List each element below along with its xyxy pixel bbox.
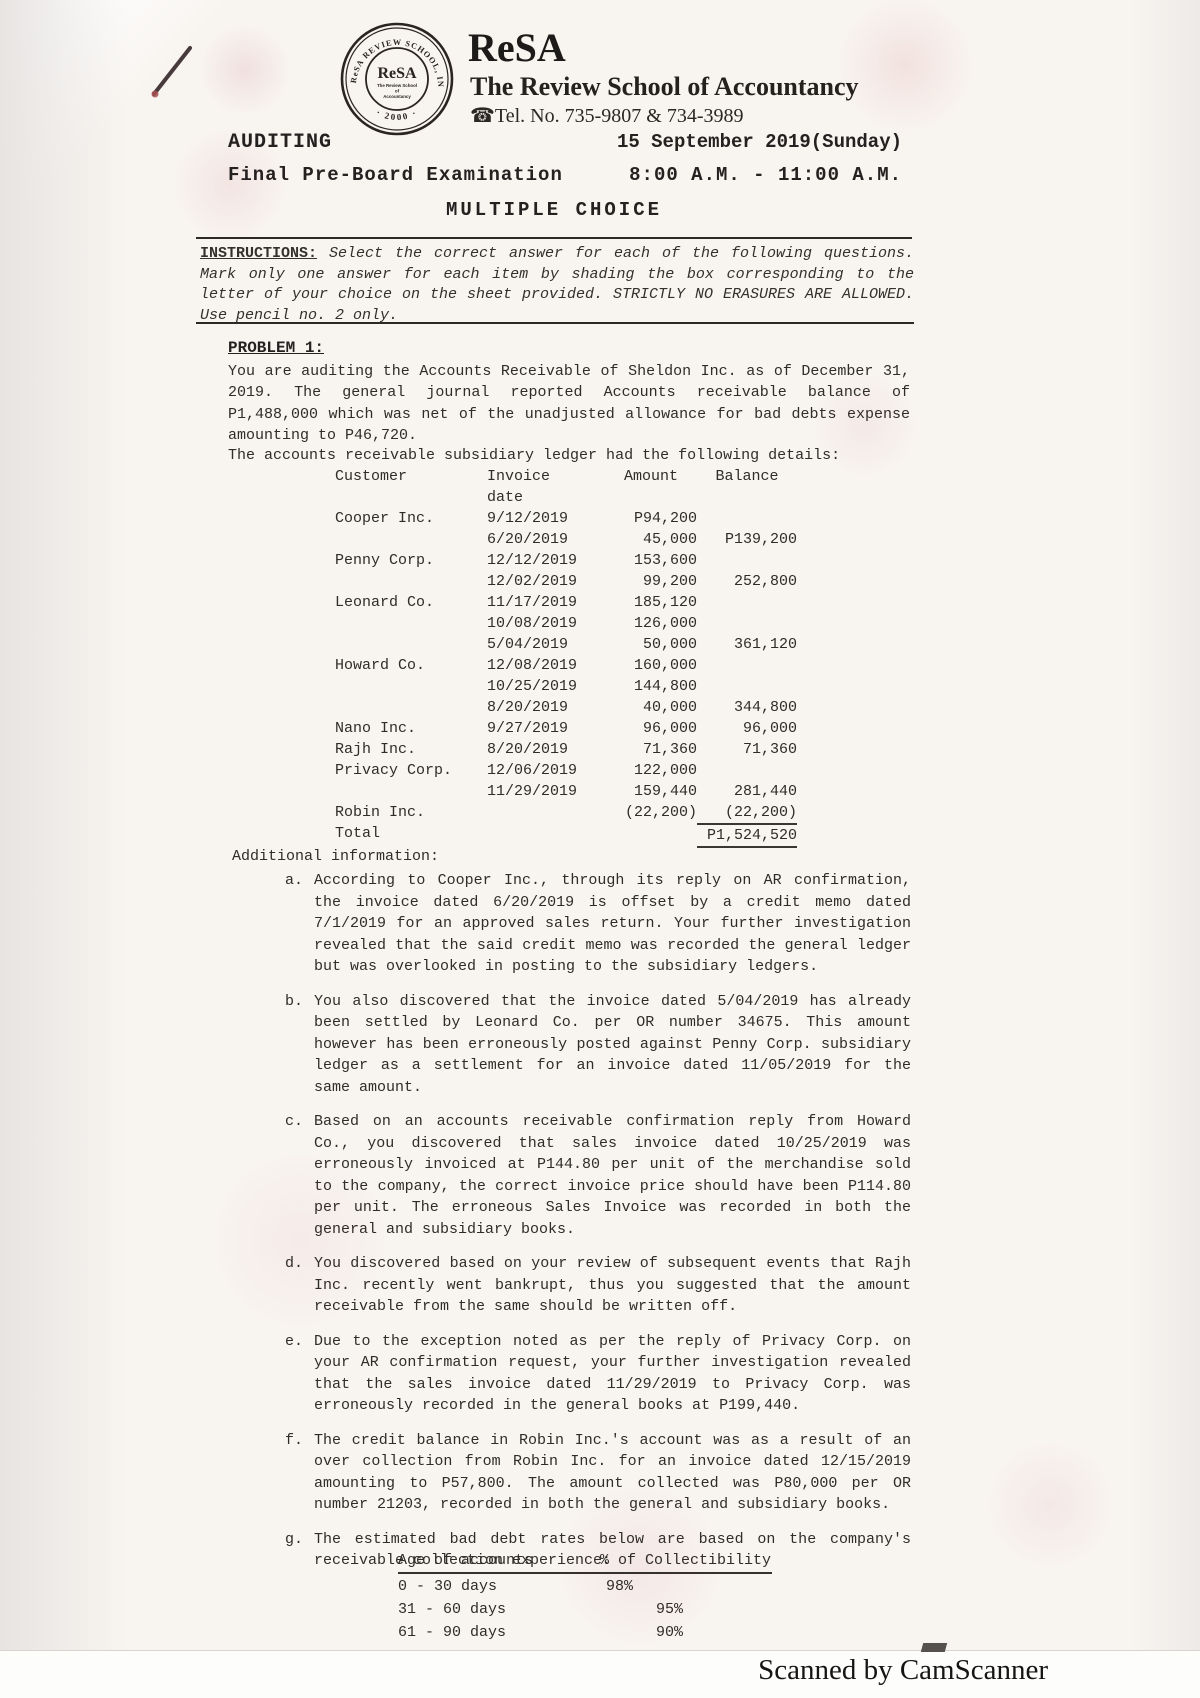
ledger-cell-invoice-date: 10/25/2019 <box>487 676 605 697</box>
ledger-cell-amount: 50,000 <box>605 634 697 655</box>
ledger-cell-customer: Nano Inc. <box>335 718 487 739</box>
ledger-cell-customer: Leonard Co. <box>335 592 487 613</box>
problem-intro-paragraph: You are auditing the Accounts Receivable… <box>228 361 910 446</box>
ledger-cell-customer: Rajh Inc. <box>335 739 487 760</box>
ledger-cell-customer <box>335 676 487 697</box>
additional-item-text: You also discovered that the invoice dat… <box>314 991 911 1099</box>
ledger-cell-balance <box>697 613 797 634</box>
ledger-header-amount: Amount <box>605 466 697 487</box>
additional-item-letter: f. <box>285 1430 314 1516</box>
school-name-heading: The Review School of Accountancy <box>470 72 859 102</box>
additional-item-letter: g. <box>285 1529 314 1572</box>
additional-item: e.Due to the exception noted as per the … <box>285 1331 911 1417</box>
aging-cell-collectibility: 95% <box>600 1597 772 1620</box>
ledger-cell-amount: 45,000 <box>605 529 697 550</box>
ledger-cell-customer: Robin Inc. <box>335 802 487 823</box>
ledger-cell-invoice-date: 5/04/2019 <box>487 634 605 655</box>
ledger-cell-balance: 361,120 <box>697 634 797 655</box>
school-acronym-heading: ReSA <box>468 24 566 71</box>
additional-item-letter: b. <box>285 991 314 1099</box>
ledger-cell-customer <box>335 529 487 550</box>
ledger-cell-customer <box>335 571 487 592</box>
exam-type: Final Pre-Board Examination <box>228 164 563 186</box>
telephone-number: Tel. No. 735-9807 & 734-3989 <box>495 105 744 127</box>
ledger-header-spacer <box>605 487 697 508</box>
ledger-cell-amount: 126,000 <box>605 613 697 634</box>
ledger-header-customer: Customer <box>335 466 487 487</box>
ledger-cell-invoice-date: 8/20/2019 <box>487 739 605 760</box>
ledger-cell-customer: Penny Corp. <box>335 550 487 571</box>
ledger-cell-invoice-date: 11/17/2019 <box>487 592 605 613</box>
additional-item: b.You also discovered that the invoice d… <box>285 991 911 1099</box>
ledger-cell-amount: 99,200 <box>605 571 697 592</box>
aging-table: Age of accounts % of Collectibility 0 - … <box>398 1550 772 1643</box>
ledger-header-spacer <box>335 487 487 508</box>
ledger-cell-invoice-date: 9/27/2019 <box>487 718 605 739</box>
ledger-cell-amount: 160,000 <box>605 655 697 676</box>
additional-item-text: You discovered based on your review of s… <box>314 1253 911 1318</box>
additional-item-text: According to Cooper Inc., through its re… <box>314 870 911 978</box>
additional-item-letter: d. <box>285 1253 314 1318</box>
ledger-cell-invoice-date: 6/20/2019 <box>487 529 605 550</box>
ledger-header-balance: Balance <box>697 466 797 487</box>
instructions-paragraph: INSTRUCTIONS: Select the correct answer … <box>200 244 914 326</box>
divider-line-top <box>196 237 912 239</box>
seal-subline-2: of <box>395 89 400 94</box>
section-title: MULTIPLE CHOICE <box>196 199 912 221</box>
additional-item-text: Based on an accounts receivable confirma… <box>314 1111 911 1240</box>
aging-cell-age: 31 - 60 days <box>398 1597 600 1620</box>
seal-subline-1: The Review School <box>377 83 417 88</box>
aging-header-age: Age of accounts <box>398 1550 600 1574</box>
ledger-total-spacer <box>605 823 697 848</box>
ledger-cell-invoice-date: 12/12/2019 <box>487 550 605 571</box>
ledger-header-invoice: Invoice <box>487 466 605 487</box>
additional-item-letter: c. <box>285 1111 314 1240</box>
seal-subline-3: Accountancy <box>383 94 411 99</box>
ledger-cell-amount: 96,000 <box>605 718 697 739</box>
exam-time: 8:00 A.M. - 11:00 A.M. <box>560 164 902 186</box>
ledger-cell-balance: 281,440 <box>697 781 797 802</box>
ledger-total-balance: P1,524,520 <box>697 823 797 848</box>
ledger-table: Customer Invoice Amount Balance date Coo… <box>335 466 797 848</box>
ledger-cell-invoice-date: 10/08/2019 <box>487 613 605 634</box>
instructions-label: INSTRUCTIONS: <box>200 245 317 262</box>
ledger-cell-balance: (22,200) <box>697 802 797 823</box>
exam-subject: AUDITING <box>228 131 332 154</box>
ledger-caption: The accounts receivable subsidiary ledge… <box>228 447 840 464</box>
ledger-cell-balance <box>697 550 797 571</box>
ledger-cell-amount: 153,600 <box>605 550 697 571</box>
ledger-cell-invoice-date: 12/08/2019 <box>487 655 605 676</box>
additional-item-letter: a. <box>285 870 314 978</box>
additional-item-letter: e. <box>285 1331 314 1417</box>
additional-items: a.According to Cooper Inc., through its … <box>285 870 911 1585</box>
camscanner-watermark: Scanned by CamScanner <box>748 1654 1048 1687</box>
ledger-cell-balance: 71,360 <box>697 739 797 760</box>
ledger-cell-amount: (22,200) <box>605 802 697 823</box>
resa-seal-logo: ReSA REVIEW SCHOOL, INC. · 2000 · ReSA T… <box>338 20 456 138</box>
additional-item: f.The credit balance in Robin Inc.'s acc… <box>285 1430 911 1516</box>
phone-icon: ☎ <box>470 105 495 127</box>
ledger-cell-balance: 344,800 <box>697 697 797 718</box>
ledger-cell-amount: 122,000 <box>605 760 697 781</box>
ledger-cell-amount: 185,120 <box>605 592 697 613</box>
ledger-cell-invoice-date: 11/29/2019 <box>487 781 605 802</box>
aging-cell-collectibility: 90% <box>600 1620 772 1643</box>
aging-cell-age: 0 - 30 days <box>398 1574 600 1597</box>
exam-date: 15 September 2019(Sunday) <box>560 131 902 153</box>
divider-line-bottom <box>196 322 914 324</box>
ledger-cell-customer: Cooper Inc. <box>335 508 487 529</box>
additional-item: d.You discovered based on your review of… <box>285 1253 911 1318</box>
ledger-cell-balance <box>697 508 797 529</box>
ledger-cell-balance <box>697 676 797 697</box>
aging-header-collectibility: % of Collectibility <box>600 1550 772 1574</box>
additional-item: a.According to Cooper Inc., through its … <box>285 870 911 978</box>
ledger-header-spacer <box>697 487 797 508</box>
ledger-cell-customer <box>335 697 487 718</box>
ledger-cell-amount: 40,000 <box>605 697 697 718</box>
ledger-cell-balance: 252,800 <box>697 571 797 592</box>
telephone-line: ☎Tel. No. 735-9807 & 734-3989 <box>470 103 744 128</box>
ledger-cell-invoice-date <box>487 802 605 823</box>
additional-item: c.Based on an accounts receivable confir… <box>285 1111 911 1240</box>
ledger-cell-amount: 159,440 <box>605 781 697 802</box>
pen-mark-artifact <box>150 42 198 102</box>
ledger-cell-balance: P139,200 <box>697 529 797 550</box>
ledger-cell-balance <box>697 760 797 781</box>
additional-item-text: The credit balance in Robin Inc.'s accou… <box>314 1430 911 1516</box>
ledger-cell-invoice-date: 8/20/2019 <box>487 697 605 718</box>
ledger-total-label: Total <box>335 823 487 848</box>
ledger-cell-customer: Privacy Corp. <box>335 760 487 781</box>
ledger-cell-amount: 71,360 <box>605 739 697 760</box>
ledger-cell-amount: P94,200 <box>605 508 697 529</box>
aging-cell-age: 61 - 90 days <box>398 1620 600 1643</box>
ledger-cell-customer <box>335 781 487 802</box>
additional-item-text: Due to the exception noted as per the re… <box>314 1331 911 1417</box>
ledger-cell-balance <box>697 655 797 676</box>
ledger-cell-customer <box>335 634 487 655</box>
ledger-cell-customer: Howard Co. <box>335 655 487 676</box>
seal-acronym: ReSA <box>377 65 417 82</box>
ledger-cell-invoice-date: 9/12/2019 <box>487 508 605 529</box>
additional-info-label: Additional information: <box>232 848 439 865</box>
problem-title: PROBLEM 1: <box>228 339 324 357</box>
ledger-cell-invoice-date: 12/06/2019 <box>487 760 605 781</box>
ledger-header-invoice-date: date <box>487 487 605 508</box>
ledger-cell-amount: 144,800 <box>605 676 697 697</box>
scan-artifact-mark <box>921 1643 947 1652</box>
ledger-cell-balance: 96,000 <box>697 718 797 739</box>
ledger-total-spacer <box>487 823 605 848</box>
ledger-cell-balance <box>697 592 797 613</box>
ledger-cell-customer <box>335 613 487 634</box>
ledger-cell-invoice-date: 12/02/2019 <box>487 571 605 592</box>
scanned-exam-page: ReSA REVIEW SCHOOL, INC. · 2000 · ReSA T… <box>0 0 1200 1650</box>
aging-cell-collectibility: 98% <box>600 1574 772 1597</box>
